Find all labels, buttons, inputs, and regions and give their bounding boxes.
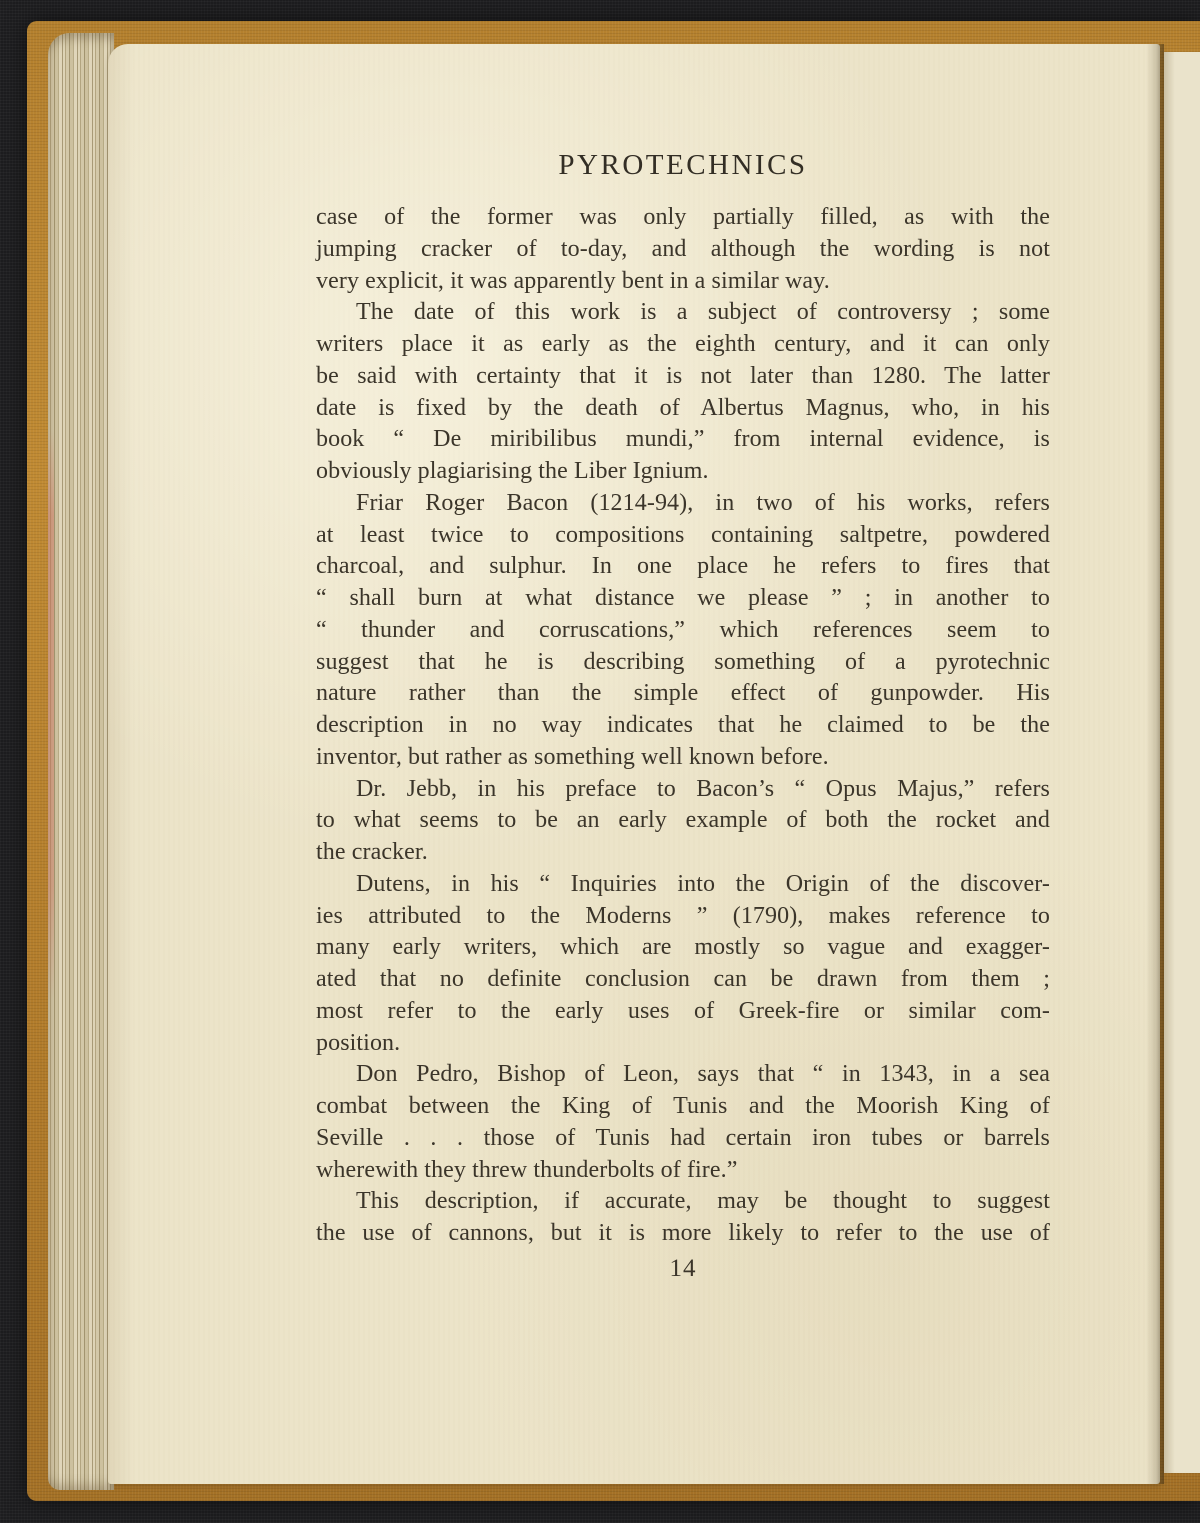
text-line: Don Pedro, Bishop of Leon, says that “ i… (316, 1059, 1050, 1091)
page-heading: PYROTECHNICS (316, 148, 1050, 182)
text-line: “ thunder and corruscations,” which refe… (316, 615, 1050, 647)
text-line: jumping cracker of to-day, and although … (316, 234, 1050, 266)
text-line: The date of this work is a subject of co… (316, 297, 1050, 329)
text-column: PYROTECHNICS case of the former was only… (316, 148, 1050, 1284)
text-line: Dutens, in his “ Inquiries into the Orig… (316, 869, 1050, 901)
text-line: most refer to the early uses of Greek-fi… (316, 996, 1050, 1028)
page-stack-fore-edge (48, 33, 114, 1490)
text-line: writers place it as early as the eighth … (316, 329, 1050, 361)
text-line: to what seems to be an early example of … (316, 805, 1050, 837)
text-line: obviously plagiarising the Liber Ignium. (316, 456, 1050, 488)
text-line: many early writers, which are mostly so … (316, 932, 1050, 964)
text-line: be said with certainty that it is not la… (316, 361, 1050, 393)
text-line: Seville . . . those of Tunis had certain… (316, 1123, 1050, 1155)
text-line: at least twice to compositions containin… (316, 520, 1050, 552)
text-line: the cracker. (316, 837, 1050, 869)
page-edge-red-tint (48, 430, 54, 1000)
text-line: This description, if accurate, may be th… (316, 1186, 1050, 1218)
text-line: the use of cannons, but it is more likel… (316, 1218, 1050, 1250)
text-line: charcoal, and sulphur. In one place he r… (316, 551, 1050, 583)
text-line: position. (316, 1028, 1050, 1060)
text-line: combat between the King of Tunis and the… (316, 1091, 1050, 1123)
facing-page-edge (1164, 52, 1200, 1473)
text-line: nature rather than the simple effect of … (316, 678, 1050, 710)
text-line: very explicit, it was apparently bent in… (316, 266, 1050, 298)
text-line: inventor, but rather as something well k… (316, 742, 1050, 774)
book-page: PYROTECHNICS case of the former was only… (108, 44, 1160, 1484)
text-line: book “ De miribilibus mundi,” from inter… (316, 424, 1050, 456)
text-line: case of the former was only partially fi… (316, 202, 1050, 234)
text-line: Friar Roger Bacon (1214-94), in two of h… (316, 488, 1050, 520)
text-line: suggest that he is describing something … (316, 647, 1050, 679)
text-line: “ shall burn at what distance we please … (316, 583, 1050, 615)
page-number: 14 (316, 1254, 1050, 1284)
text-line: Dr. Jebb, in his preface to Bacon’s “ Op… (316, 774, 1050, 806)
text-line: ated that no definite conclusion can be … (316, 964, 1050, 996)
text-line: description in no way indicates that he … (316, 710, 1050, 742)
text-body: case of the former was only partially fi… (316, 202, 1050, 1250)
text-line: ies attributed to the Moderns ” (1790), … (316, 901, 1050, 933)
text-line: date is fixed by the death of Albertus M… (316, 393, 1050, 425)
gutter-shadow (1146, 44, 1164, 1484)
photo-background: { "book": { "header": "PYROTECHNICS", "p… (0, 0, 1200, 1523)
text-line: wherewith they threw thunderbolts of fir… (316, 1155, 1050, 1187)
